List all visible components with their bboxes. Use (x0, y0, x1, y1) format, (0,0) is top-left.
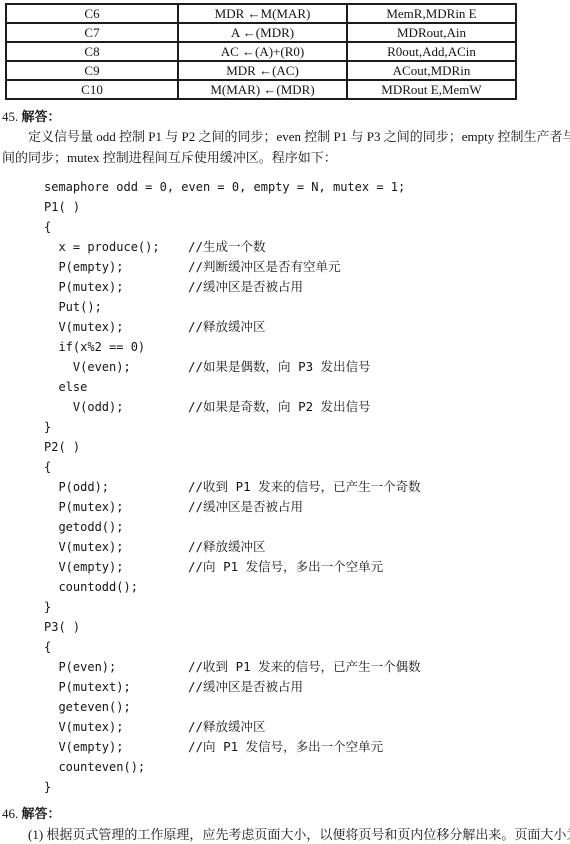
code-comment: //判断缓冲区是否有空单元 (188, 259, 341, 274)
code-text: Put(); (44, 297, 188, 317)
code-line: V(empty);//向 P1 发信号，多出一个空单元 (44, 557, 570, 577)
microop-table-body: C6 MDR ←M(MAR) MemR,MDRin E C7 A ←(MDR) … (6, 4, 516, 99)
table-cell-signals: R0out,Add,ACin (347, 42, 516, 61)
code-line: { (44, 637, 570, 657)
code-line: P(empty);//判断缓冲区是否有空单元 (44, 257, 570, 277)
code-line: P(odd);//收到 P1 发来的信号，已产生一个奇数 (44, 477, 570, 497)
question-45-number: 45. (2, 109, 18, 124)
microop-table: C6 MDR ←M(MAR) MemR,MDRin E C7 A ←(MDR) … (5, 3, 517, 100)
code-comment: //缓冲区是否被占用 (188, 279, 303, 294)
code-line: counteven(); (44, 757, 570, 777)
code-line: V(odd);//如果是奇数，向 P2 发出信号 (44, 397, 570, 417)
code-line: P(mutext);//缓冲区是否被占用 (44, 677, 570, 697)
code-line: P(mutex);//缓冲区是否被占用 (44, 277, 570, 297)
code-line: getodd(); (44, 517, 570, 537)
code-line: V(even);//如果是偶数，向 P3 发出信号 (44, 357, 570, 377)
table-cell-signals: ACout,MDRin (347, 61, 516, 80)
code-comment: //生成一个数 (188, 239, 266, 254)
table-row: C9 MDR ←(AC) ACout,MDRin (6, 61, 516, 80)
code-text: if(x%2 == 0) (44, 337, 188, 357)
question-45-title: 解答： (22, 109, 61, 124)
code-text: P(mutext); (44, 677, 188, 697)
code-text: V(mutex); (44, 537, 188, 557)
code-line: if(x%2 == 0) (44, 337, 570, 357)
table-cell-clock: C6 (6, 4, 178, 23)
code-text: } (44, 777, 188, 797)
table-row: C7 A ←(MDR) MDRout,Ain (6, 23, 516, 42)
code-text: { (44, 217, 188, 237)
code-line: } (44, 597, 570, 617)
code-line: } (44, 417, 570, 437)
question-46-heading: 46. 解答： (2, 805, 570, 823)
code-text: V(empty); (44, 737, 188, 757)
code-text: { (44, 637, 188, 657)
table-cell-microop: M(MAR) ←(MDR) (178, 80, 347, 99)
table-cell-clock: C10 (6, 80, 178, 99)
code-comment: //释放缓冲区 (188, 719, 266, 734)
code-line: V(mutex);//释放缓冲区 (44, 537, 570, 557)
code-text: countodd(); (44, 577, 188, 597)
code-line: P3( ) (44, 617, 570, 637)
code-text: x = produce(); (44, 237, 188, 257)
code-comment: //向 P1 发信号，多出一个空单元 (188, 559, 383, 574)
code-text: V(empty); (44, 557, 188, 577)
question-46-title: 解答： (22, 806, 61, 821)
q45-intro-line-2: 间的同步；mutex 控制进程间互斥使用缓冲区。程序如下： (2, 147, 570, 168)
code-text: V(mutex); (44, 717, 188, 737)
question-46-number: 46. (2, 806, 18, 821)
code-line: P2( ) (44, 437, 570, 457)
code-line: x = produce();//生成一个数 (44, 237, 570, 257)
q45-intro-line-1: 定义信号量 odd 控制 P1 与 P2 之间的同步；even 控制 P1 与 … (28, 126, 570, 147)
code-text: P(mutex); (44, 277, 188, 297)
code-text: geteven(); (44, 697, 188, 717)
code-line: { (44, 457, 570, 477)
table-cell-signals: MDRout E,MemW (347, 80, 516, 99)
table-cell-microop: AC ←(A)+(R0) (178, 42, 347, 61)
code-text: } (44, 597, 188, 617)
code-text: P(empty); (44, 257, 188, 277)
code-comment: //释放缓冲区 (188, 539, 266, 554)
code-text: semaphore odd = 0, even = 0, empty = N, … (44, 177, 188, 197)
code-comment: //缓冲区是否被占用 (188, 679, 303, 694)
table-cell-signals: MDRout,Ain (347, 23, 516, 42)
table-cell-microop: MDR ←M(MAR) (178, 4, 347, 23)
code-text: P(odd); (44, 477, 188, 497)
question-45-heading: 45. 解答： (2, 108, 570, 126)
code-text: counteven(); (44, 757, 188, 777)
code-comment: //向 P1 发信号，多出一个空单元 (188, 739, 383, 754)
code-text: V(even); (44, 357, 188, 377)
code-text: V(mutex); (44, 317, 188, 337)
code-comment: //释放缓冲区 (188, 319, 266, 334)
table-cell-clock: C7 (6, 23, 178, 42)
code-line: } (44, 777, 570, 797)
code-comment: //如果是奇数，向 P2 发出信号 (188, 399, 371, 414)
table-cell-clock: C8 (6, 42, 178, 61)
table-cell-microop: A ←(MDR) (178, 23, 347, 42)
code-text: else (44, 377, 188, 397)
code-text: } (44, 417, 188, 437)
q46-line-1: (1) 根据页式管理的工作原理，应先考虑页面大小，以便将页号和页内位移分解出来。… (28, 825, 570, 844)
page: C6 MDR ←M(MAR) MemR,MDRin E C7 A ←(MDR) … (0, 0, 570, 844)
table-cell-clock: C9 (6, 61, 178, 80)
code-line: V(empty);//向 P1 发信号，多出一个空单元 (44, 737, 570, 757)
code-comment: //如果是偶数，向 P3 发出信号 (188, 359, 371, 374)
table-cell-signals: MemR,MDRin E (347, 4, 516, 23)
code-line: V(mutex);//释放缓冲区 (44, 717, 570, 737)
table-row: C8 AC ←(A)+(R0) R0out,Add,ACin (6, 42, 516, 61)
code-text: getodd(); (44, 517, 188, 537)
code-text: P2( ) (44, 437, 188, 457)
code-text: V(odd); (44, 397, 188, 417)
code-line: countodd(); (44, 577, 570, 597)
code-line: P(mutex);//缓冲区是否被占用 (44, 497, 570, 517)
code-comment: //收到 P1 发来的信号，已产生一个偶数 (188, 659, 421, 674)
code-text: { (44, 457, 188, 477)
code-text: P(even); (44, 657, 188, 677)
code-comment: //缓冲区是否被占用 (188, 499, 303, 514)
table-row: C6 MDR ←M(MAR) MemR,MDRin E (6, 4, 516, 23)
code-line: { (44, 217, 570, 237)
code-line: semaphore odd = 0, even = 0, empty = N, … (44, 177, 570, 197)
code-line: geteven(); (44, 697, 570, 717)
code-line: V(mutex);//释放缓冲区 (44, 317, 570, 337)
code-line: else (44, 377, 570, 397)
q45-code-block: semaphore odd = 0, even = 0, empty = N, … (44, 177, 570, 797)
code-text: P1( ) (44, 197, 188, 217)
table-row: C10 M(MAR) ←(MDR) MDRout E,MemW (6, 80, 516, 99)
table-cell-microop: MDR ←(AC) (178, 61, 347, 80)
code-text: P(mutex); (44, 497, 188, 517)
code-line: P(even);//收到 P1 发来的信号，已产生一个偶数 (44, 657, 570, 677)
code-line: Put(); (44, 297, 570, 317)
code-text: P3( ) (44, 617, 188, 637)
code-comment: //收到 P1 发来的信号，已产生一个奇数 (188, 479, 421, 494)
code-line: P1( ) (44, 197, 570, 217)
